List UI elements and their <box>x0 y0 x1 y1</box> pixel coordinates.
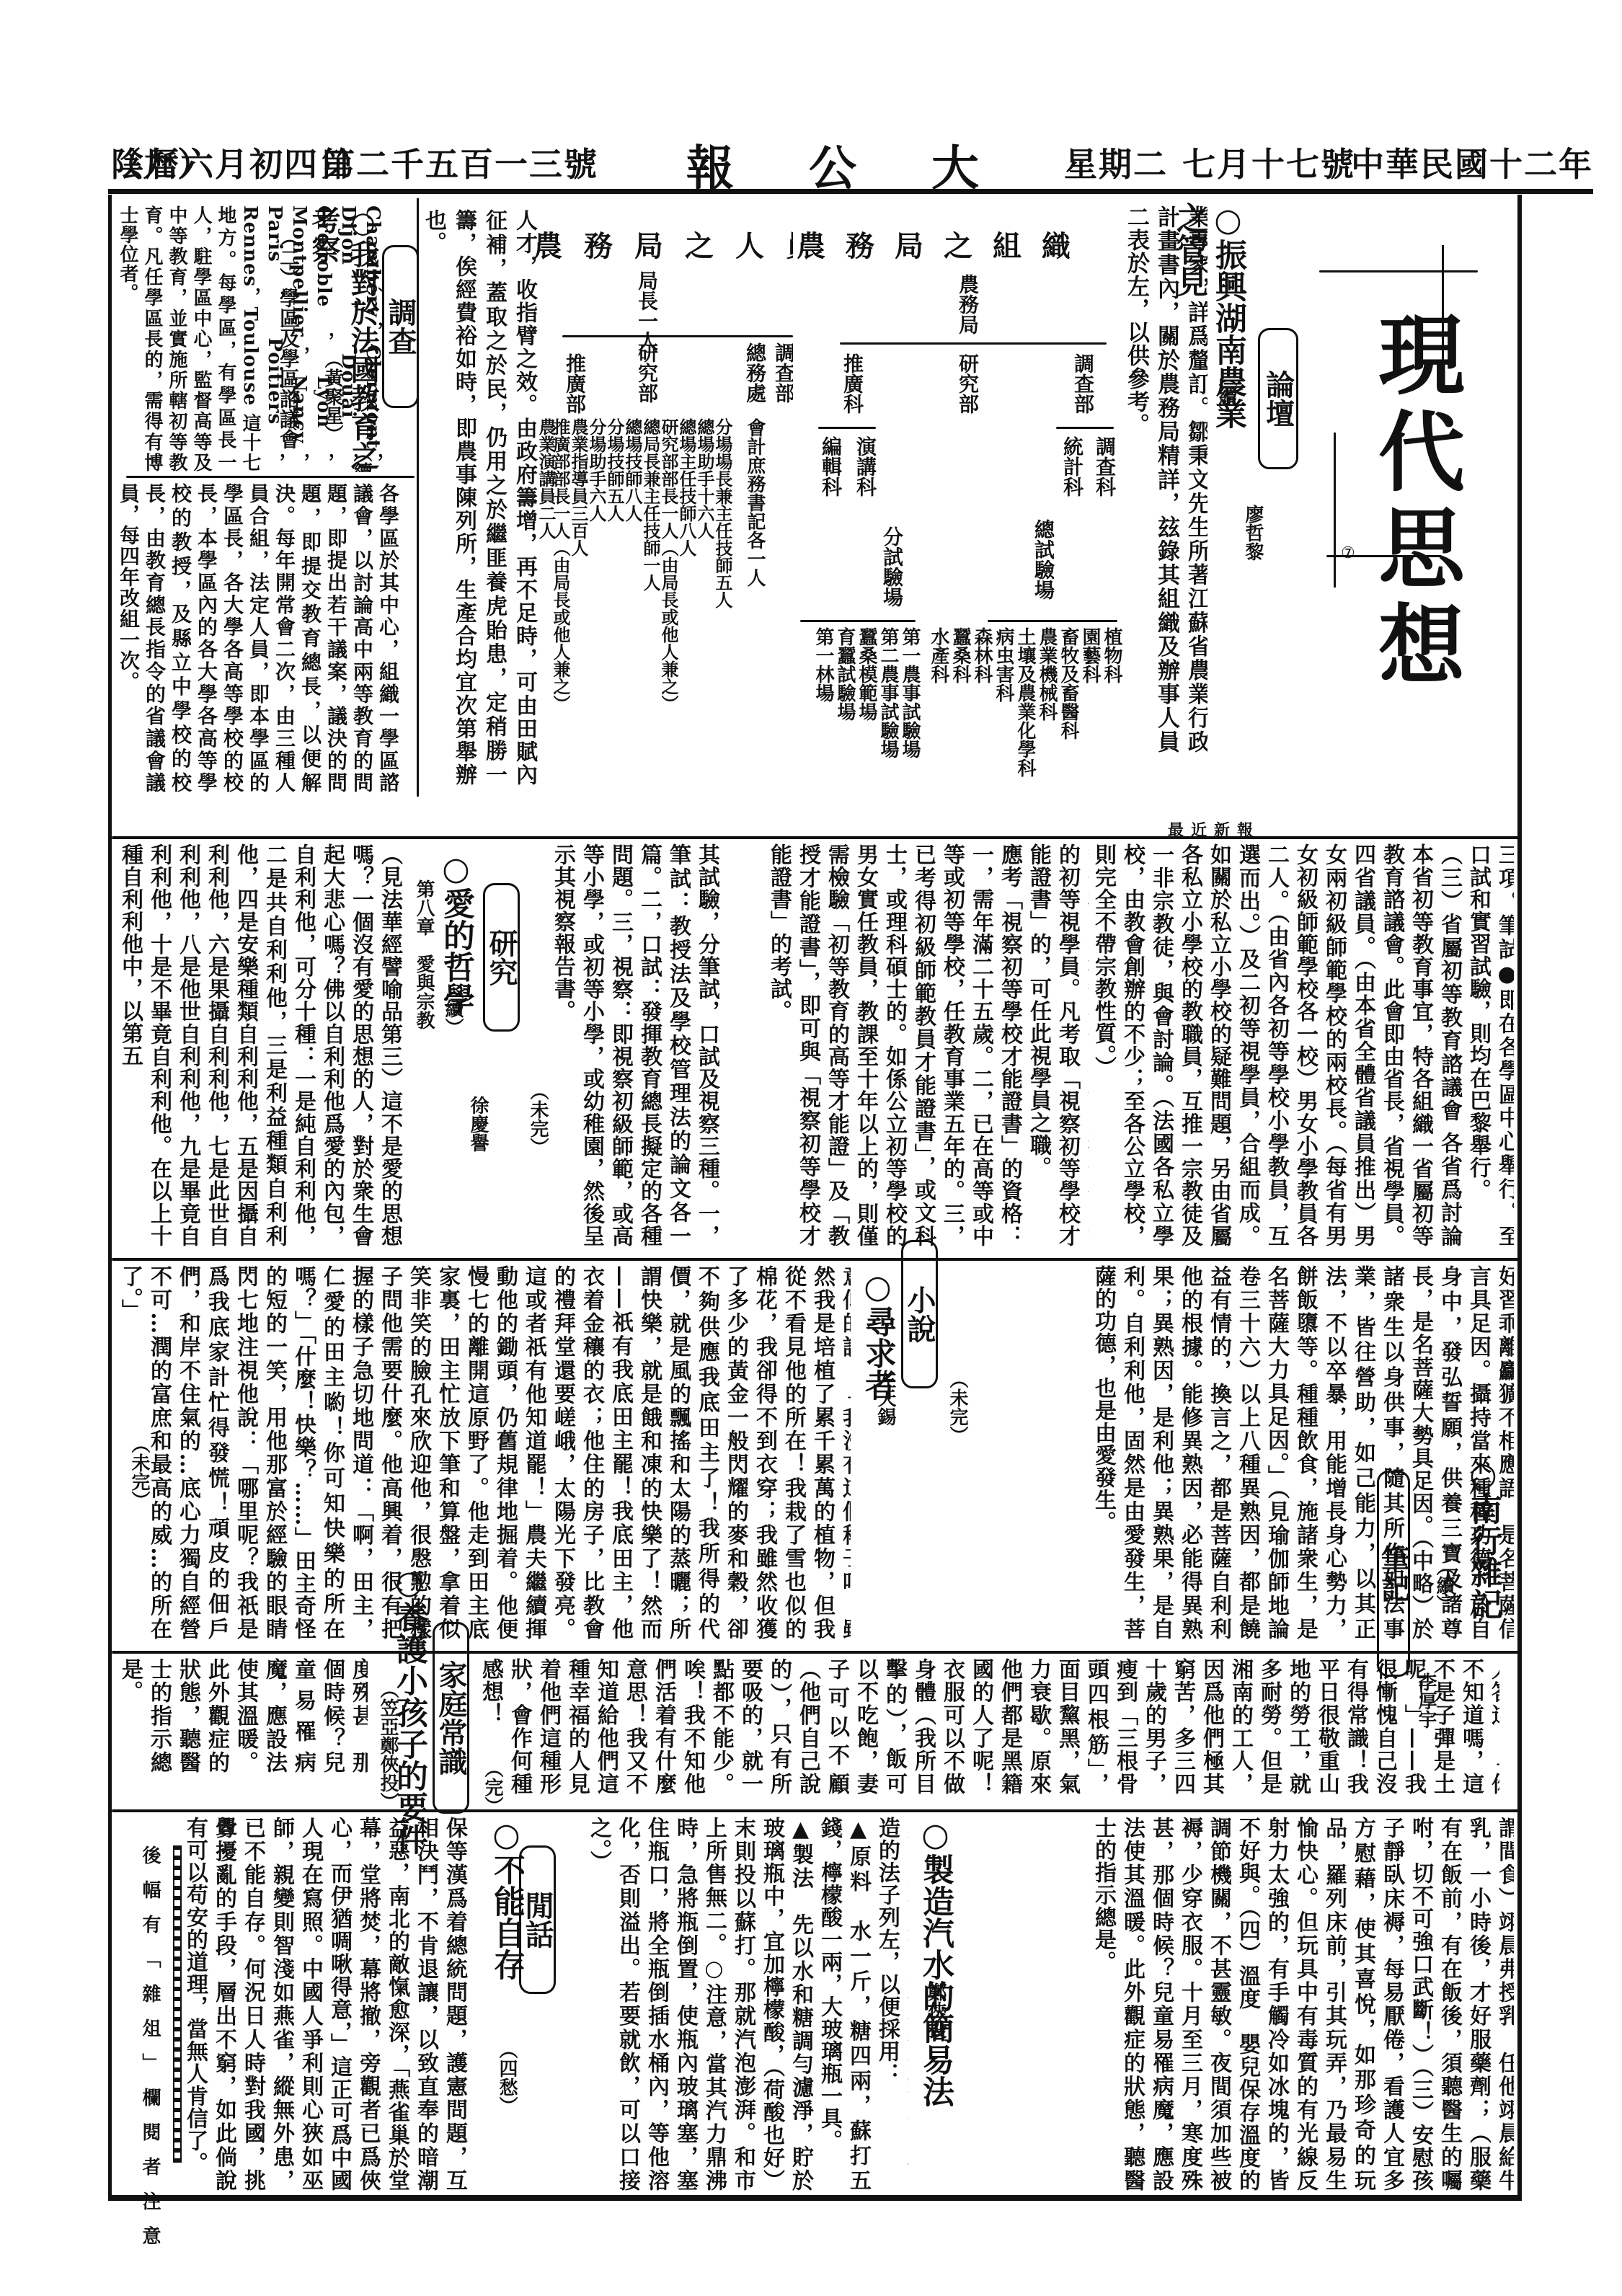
article-soda-body: 我們在這暑天，買汽水來止渴，是很快意的。但是他的價錢是很昂貴的，所以大不經濟。現… <box>584 1817 908 2191</box>
org-chart-1-title: 農務局之組織 <box>797 223 1091 265</box>
org2-root: 局長一人 <box>634 270 659 351</box>
article-france-body2: 各學區於其中心，組織一學區諮議會，以討論高中兩等教育的問題，即提出若干議案，議決… <box>115 483 411 793</box>
article-love-chapter: 第八章 愛與宗教 <box>411 879 438 1029</box>
org-node-diaocha: 調查部 <box>1071 353 1095 414</box>
masthead-date: 七月十七號 <box>1182 138 1355 186</box>
paper-name-char-2: 公 <box>809 130 858 198</box>
article-love-note: （未完） <box>944 1370 971 1445</box>
page-frame-right <box>1517 195 1522 2199</box>
org-chart-staff: 農務局之人員 局長一人 調查部 總務處 研究部 推廣部 會計庶務書記各一人 分場… <box>533 202 793 793</box>
article-agri-conclusion: 右列二表，係就蘇省而言，吾湘情形，自有不同，酌量增減，事所加增，欲求組織之完善，… <box>418 209 544 786</box>
org-node-tuiguang: 推廣科 <box>840 353 864 414</box>
org-chart-structure: 農務局之組織 農務局 調查部 研究部 推廣科 調查科 統計科 演講科 編輯科 總… <box>782 202 1128 793</box>
article-france-right: 「錄取國立中學教授」這種學位，不僅任省視學員需具的資格，且爲實任國立中學教授必備… <box>1089 843 1514 1247</box>
masthead-year: 中華民國十二年 <box>1351 138 1593 186</box>
paper-name-char-3: 報 <box>686 130 735 198</box>
masthead: 中華民國十二年 七月十七號 星期二 大 公 報 第二千五百一三號 陰曆六月初四日… <box>108 123 1593 187</box>
article-agri-cont: （續） <box>1213 368 1240 424</box>
newspaper-page: 中華民國十二年 七月十七號 星期二 大 公 報 第二千五百一三號 陰曆六月初四日… <box>0 0 1622 2296</box>
article-child-body-b: 小孩子們有病，其二三天前，一定是不時啼哭，遊戲遲鈍，所以我們家裏有孩子的形狀類此… <box>1089 1817 1514 2191</box>
article-child-body-a: 小孩子們有病，其二三天前，一定是不時啼哭，遊戲遲鈍，所以我們家裏有孩子的形狀類此… <box>115 1658 368 1773</box>
article-love-body: 佛說：「舍利弗當知我本立誓願，欲令一切衆如我等無異，如我昔所願，今者已滿足，化一… <box>115 843 404 1247</box>
section-label-jia-ting: 家庭常識 <box>433 1622 469 1814</box>
article-agri-author: 廖哲黎 <box>1240 505 1267 561</box>
article-travel-cont: （續） <box>1431 1557 1458 1613</box>
ornament-text: 最近新報 <box>1168 818 1260 841</box>
article-seeker-body: 已是黃昏了，他一個人孤獨着。他恍惚到了一個寥闊的原野，在廣的直的眼界徑緩開去在柔… <box>115 1265 851 1640</box>
article-agri-body: 三，農務總局亟宜籌設 我省幅員遼闊，人口衆多，農業行政，經緯萬端，非組織完善之農… <box>1121 205 1207 753</box>
article-france-end: 其試驗，分筆試，口試及視察三種。一，筆試：教授法及學校管理法的論文各一篇。二，口… <box>548 843 764 1247</box>
article-soda-title: ○製造汽水的簡易法 <box>916 1817 954 2107</box>
page-frame-bottom <box>108 2195 1522 2201</box>
page-frame-left <box>108 195 112 2199</box>
footer-notice: 後幅有「雜俎」欄閱者注意 <box>137 1845 164 2261</box>
article-cannot-title: ○不能自存 <box>487 1817 526 1980</box>
article-seeker-note: （未完） <box>126 1435 153 1510</box>
section-label-lun-tan: 論壇 <box>1258 328 1298 469</box>
article-travel-body: 在郴縣境內，看見一道「告示」，四處張貼；上面有「 縣知事易示」六個大字；下面的六… <box>476 1658 1499 1795</box>
article-france-note: （未完） <box>525 1081 551 1156</box>
ornament-divider <box>173 1845 182 2163</box>
org-node-yanjiu: 研究部 <box>955 353 980 414</box>
article-love-cont: （續） <box>440 980 466 1037</box>
section-label-xiao-shuo: 小說 <box>901 1240 938 1388</box>
article-france-top: ○我對於法國教育之考察 （黃聚星） （續） （二）學區及學區諮議會 法蘭西分全國… <box>115 205 382 472</box>
article-france-middle: 塞納省，爲法國地域最寬，人口最多的省；故其省屬初等教育諮議會，亦獨爲例外；即內面… <box>764 843 1089 1247</box>
article-cannot-body: 俗語說「巫師比法，病人吃虧」，現在中國的局勢，眞算是這樣 。現在中國的病，已經到… <box>180 1817 469 2191</box>
masthead-weekday: 星期二 <box>1064 138 1168 186</box>
org-node-root: 農務局 <box>955 274 980 334</box>
masthead-issue: 第二千五百一三號 <box>322 138 598 186</box>
article-love-author: 徐慶譽 <box>465 1096 492 1152</box>
masthead-rule <box>108 189 1593 194</box>
section-label-yan-jiu: 研究 <box>483 883 520 1032</box>
supplement-mark: ⑦ <box>1341 544 1355 562</box>
article-travel-note: （完） <box>479 1759 506 1815</box>
section-label-bi-ji: 筆記 <box>1377 1471 1410 1677</box>
article-seeker-author: 左天錫 <box>872 1370 899 1426</box>
article-travel-title: ○南行雜記 <box>1463 1456 1502 1620</box>
article-cannot-author: （四愁） <box>494 2040 520 2115</box>
paper-name-char-1: 大 <box>931 130 980 198</box>
article-soda-author: 鄭俠投 <box>923 1982 949 2039</box>
banner-title: 現代思想 <box>1352 310 1476 696</box>
org-chart-2-title: 農務局之人員 <box>533 223 793 265</box>
article-child-author: （笠亞鄭俠投） <box>375 1680 402 1811</box>
masthead-page-number: （九） <box>108 138 212 186</box>
section-label-diao-cha: 調查 <box>382 245 419 408</box>
supplement-banner: 現代思想 ⑦ <box>1319 216 1499 807</box>
